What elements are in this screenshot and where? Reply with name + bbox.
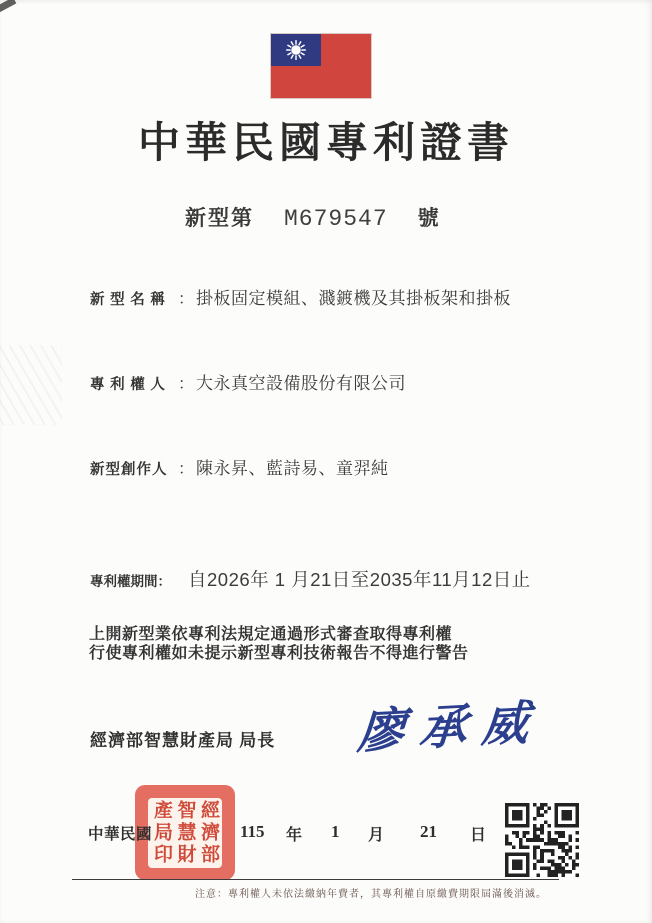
- issuer-title: 經濟部智慧財產局 局長: [90, 726, 275, 751]
- era-label: 中華民國: [88, 822, 152, 844]
- field-patentee: 專 利 權 人 ： 大永真空設備股份有限公司: [90, 369, 406, 394]
- white-sun-icon: [285, 39, 307, 61]
- issue-month: 1: [331, 822, 340, 842]
- field-patent-term: 專利權期間： 自2026年 1 月21日至2035年11月12日止: [90, 566, 531, 592]
- patent-certificate-page: 中華民國專利證書 新型第 M679547 號 新 型 名 稱 ： 掛板固定模組、…: [0, 0, 652, 923]
- field-label: 專利權期間：: [90, 570, 186, 590]
- certificate-title: 中華民國專利證書: [0, 110, 652, 170]
- footer-note: 注意：專利權人未依法繳納年費者，其專利權自原繳費期限屆滿後消滅。: [178, 885, 564, 900]
- qr-code: [505, 803, 579, 877]
- year-unit: 年: [286, 822, 302, 845]
- field-label: 新型創作人: [90, 458, 172, 479]
- qr-code-pattern: [505, 803, 579, 877]
- field-colon: ：: [178, 371, 194, 394]
- patent-number-row: 新型第 M679547 號: [185, 202, 439, 232]
- legal-notice-line1: 上開新型業依專利法規定通過形式審查取得專利權: [89, 625, 469, 644]
- patent-number: M679547: [284, 206, 388, 232]
- issue-year: 115: [240, 822, 265, 842]
- field-label: 專 利 權 人: [90, 373, 172, 394]
- roc-flag: [271, 34, 371, 98]
- day-unit: 日: [470, 822, 486, 845]
- field-value: 大永真空設備股份有限公司: [196, 369, 406, 394]
- field-colon: ：: [178, 456, 194, 479]
- field-label: 新 型 名 稱: [90, 288, 172, 309]
- field-utility-model-name: 新 型 名 稱 ： 掛板固定模組、濺鍍機及其掛板架和掛板: [90, 284, 511, 309]
- legal-notice-line2: 行使專利權如未提示新型專利技術報告不得進行警告: [89, 644, 469, 663]
- patent-type-prefix: 新型第: [185, 202, 254, 232]
- scan-watermark-artifact: [0, 345, 62, 425]
- patent-number-suffix: 號: [418, 202, 439, 232]
- field-colon: ：: [178, 286, 194, 309]
- footer-divider: [72, 879, 559, 880]
- director-general-signature: 廖承威: [356, 685, 546, 762]
- field-value: 陳永昇、藍詩易、童羿純: [196, 454, 389, 479]
- issue-day: 21: [420, 822, 437, 842]
- field-value: 自2026年 1 月21日至2035年11月12日止: [188, 566, 531, 592]
- scan-artifact: [0, 0, 16, 14]
- flag-canton: [271, 34, 321, 66]
- legal-notice: 上開新型業依專利法規定通過形式審查取得專利權 行使專利權如未提示新型專利技術報告…: [89, 625, 469, 663]
- field-creators: 新型創作人 ： 陳永昇、藍詩易、童羿純: [90, 454, 389, 479]
- month-unit: 月: [368, 822, 384, 845]
- field-value: 掛板固定模組、濺鍍機及其掛板架和掛板: [196, 284, 511, 309]
